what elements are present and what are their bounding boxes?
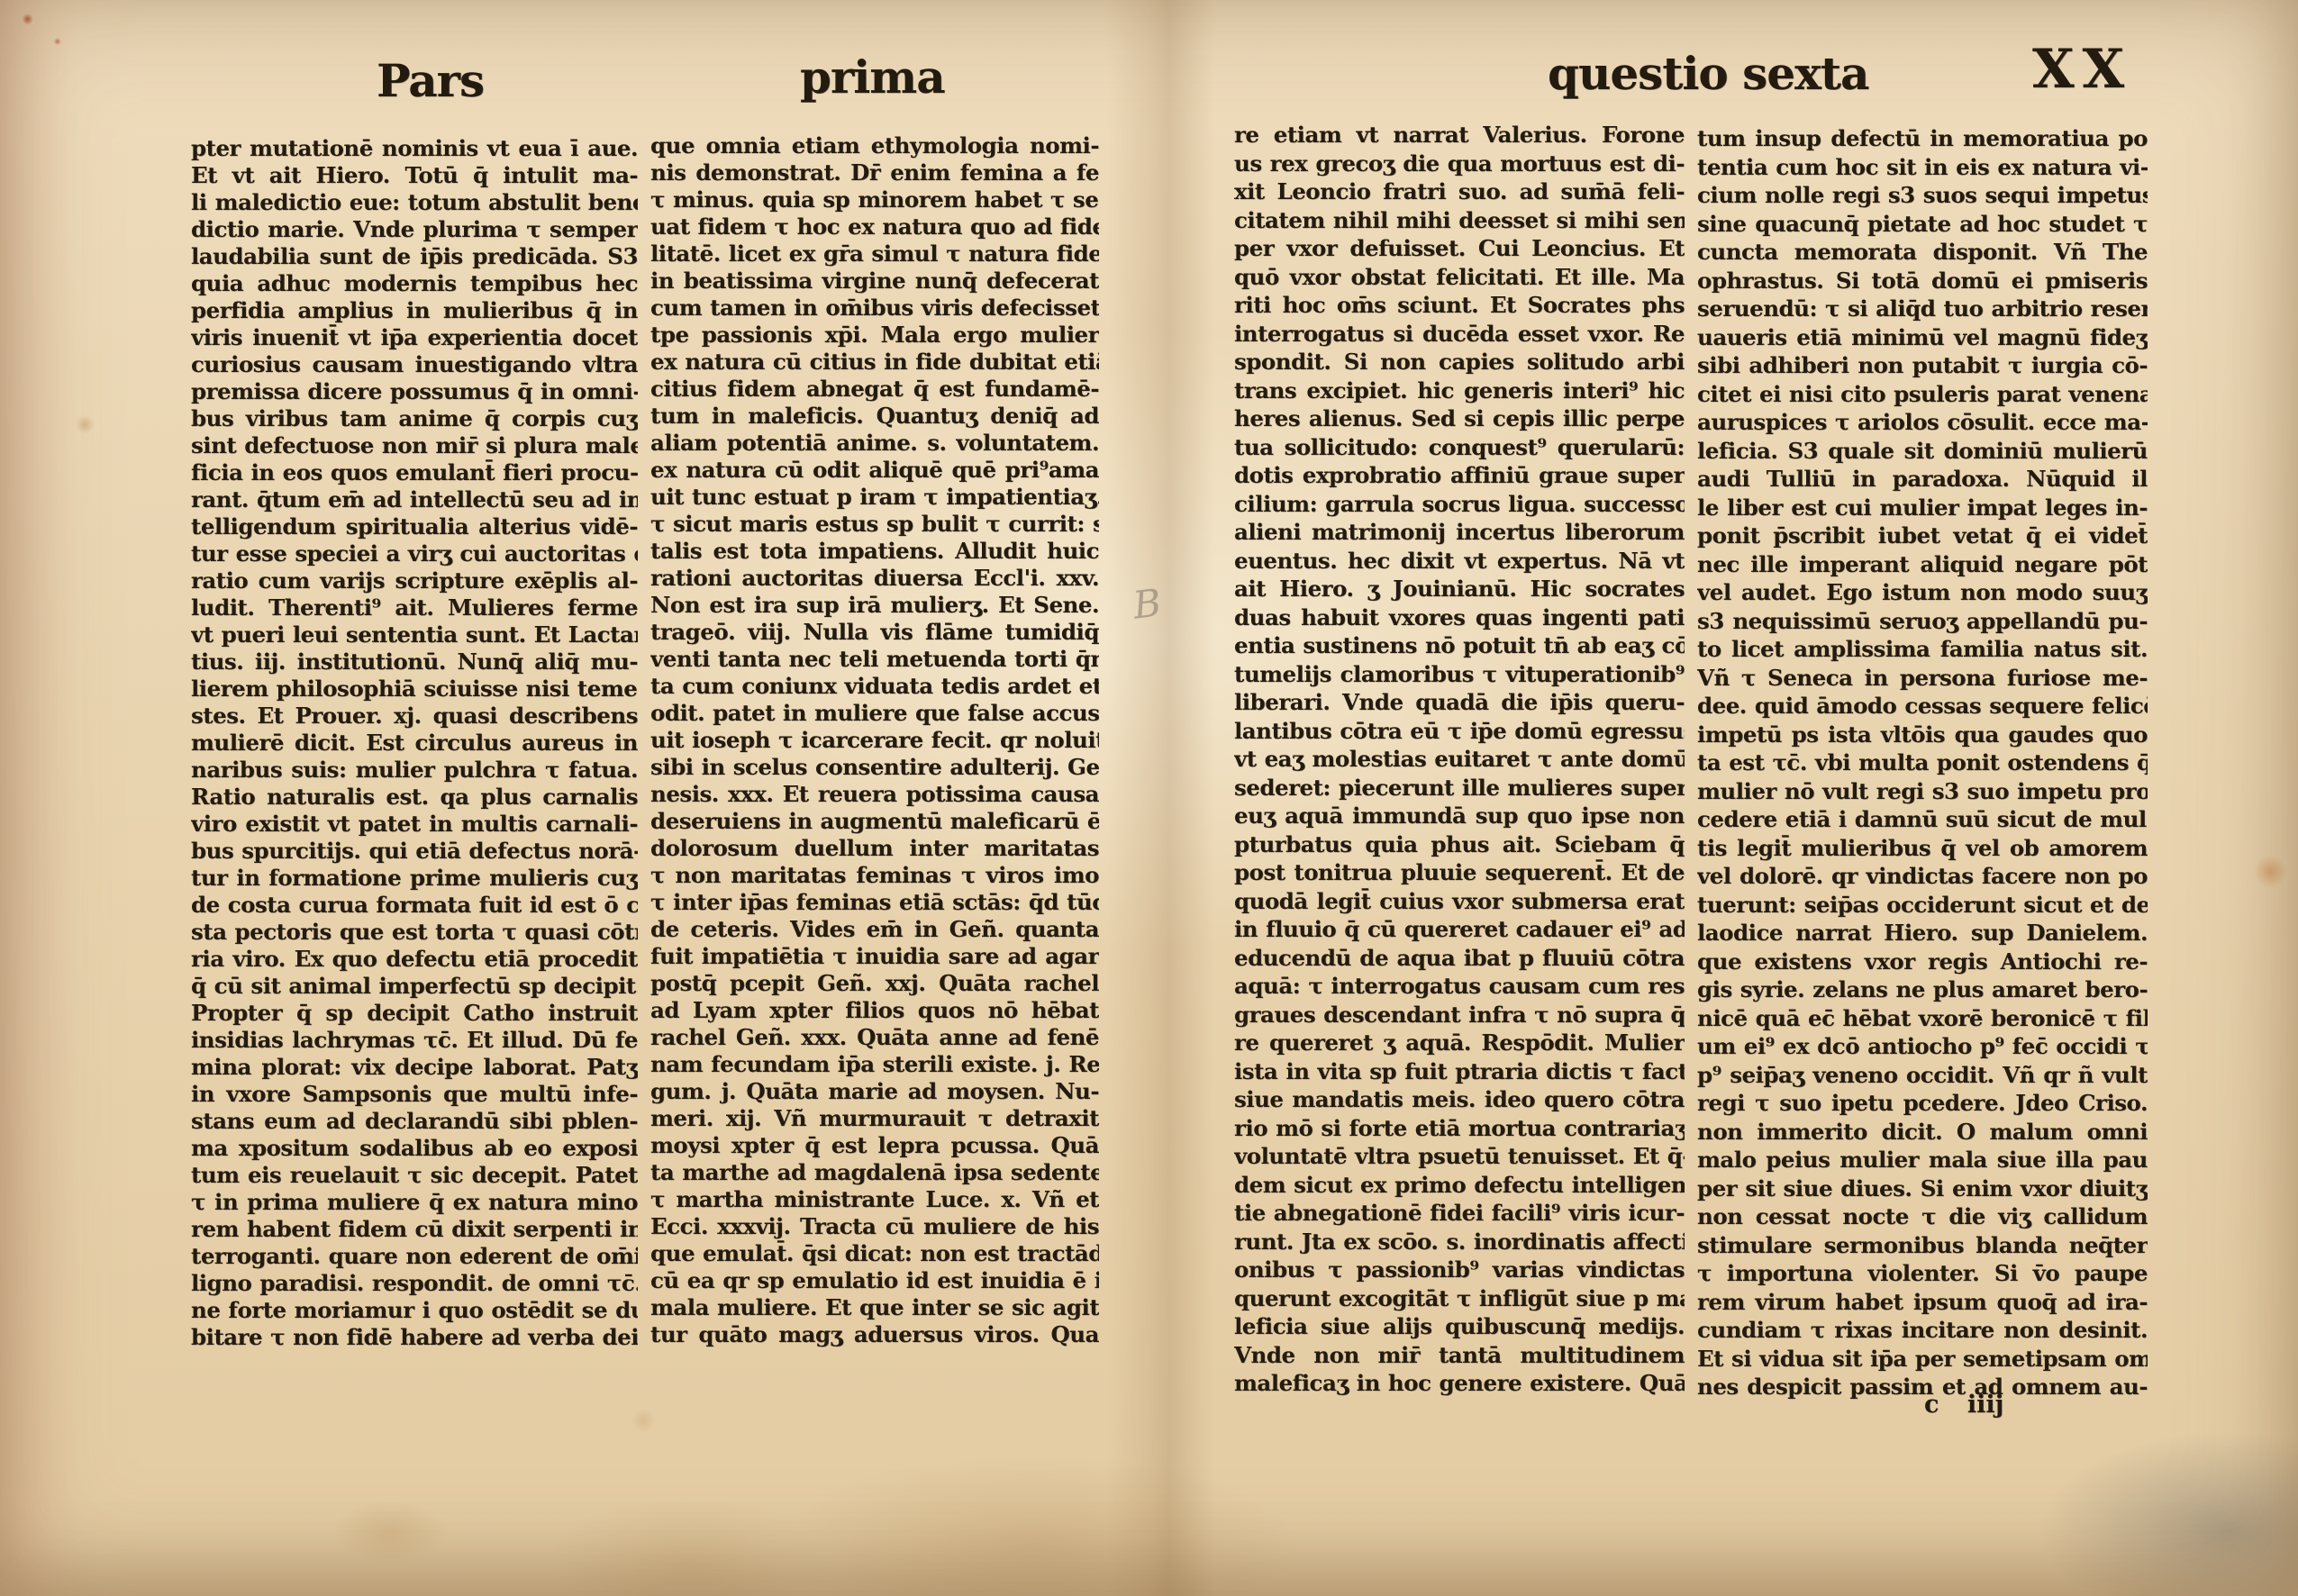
text-line: us rex grecoʒ die qua mortuus est di- [1234, 150, 1685, 178]
text-line: s3 nequissimū seruoʒ appellandū pu- [1697, 607, 2148, 636]
text-line: p⁹ seip̄aʒ veneno occidit. Vñ qr ñ vult [1697, 1061, 2148, 1090]
text-line: ophrastus. Si totā domū ei pmiseris [1697, 267, 2148, 295]
text-line: per sit siue diues. Si enim vxor diuitʒ [1697, 1174, 2148, 1203]
text-line: gis syrie. zelans ne plus amaret bero- [1697, 975, 2148, 1004]
text-line: ad Lyam xpter filios quos nō hēbat [650, 997, 1099, 1024]
text-line: educendū de aqua ibat p fluuiū cōtra [1234, 944, 1685, 973]
text-line: stes. Et Prouer. xj. quasi describens [191, 703, 638, 730]
text-line: stans eum ad declarandū sibi pblen- [191, 1108, 638, 1135]
text-line: xit Leoncio fratri suo. ad sum̄ā feli- [1234, 177, 1685, 206]
text-line: mala muliere. Et que inter se sic agitā- [650, 1294, 1099, 1321]
text-line: interrogatus si ducēda esset vxor. Re [1234, 320, 1685, 349]
text-line: τ inter ip̄as feminas etiā sctās: q̄d tū… [650, 889, 1099, 916]
text-line: citatem nihil mihi deesset si mihi sem [1234, 206, 1685, 235]
text-line: seruendū: τ si aliq̄d tuo arbitrio reser [1697, 295, 2148, 323]
text-line: Et si vidua sit ip̄a per semetipsam om [1697, 1345, 2148, 1374]
text-line: spondit. Si non capies solitudo arbi [1234, 348, 1685, 376]
text-line: auruspices τ ariolos cōsulit. ecce ma- [1697, 408, 2148, 437]
text-line: Ratio naturalis est. qa plus carnalis [191, 784, 638, 811]
folio-number: XX [2032, 38, 2132, 101]
text-line: sibi adhiberi non putabit τ iurgia cō- [1697, 351, 2148, 380]
text-line: sine quacunq̄ pietate ad hoc studet τ [1697, 210, 2148, 239]
text-line: tur in formatione prime mulieris cuʒ [191, 865, 638, 892]
text-line: tua sollicitudo: conquest⁹ querularū: [1234, 433, 1685, 462]
text-line: nec ille imperant aliquid negare pōt [1697, 550, 2148, 579]
text-line: ma xpositum sodalibus ab eo exposi [191, 1135, 638, 1162]
text-line: meri. xij. Vñ murmurauit τ detraxit [650, 1105, 1099, 1132]
text-line: mulierē dicit. Est circulus aureus in [191, 730, 638, 757]
text-line: ta marthe ad magdalenā ipsa sedente [650, 1159, 1099, 1186]
text-line: Propter q̄ sp decipit Catho instruit [191, 1000, 638, 1027]
text-line: tum insup defectū in memoratiua po [1697, 124, 2148, 153]
text-line: ludit. Therenti⁹ ait. Mulieres ferme [191, 594, 638, 621]
text-line: pter mutationē nominis vt eua ī aue. [191, 135, 638, 162]
text-line: in vxore Sampsonis que multū infe- [191, 1081, 638, 1108]
text-line: ligno paradisi. respondit. de omni τc̄. [191, 1270, 638, 1297]
text-line: tpe passionis xp̄i. Mala ergo mulier [650, 322, 1099, 349]
text-line: cium nolle regi s3 suos sequi impetus [1697, 181, 2148, 210]
text-line: cū ea qr sp emulatio id est inuidia ē in [650, 1267, 1099, 1294]
text-line: sibi in scelus consentire adulterij. Ge- [650, 754, 1099, 781]
text-line: in beatissima virgine nunq̄ defecerat [650, 268, 1099, 295]
text-line: ta cum coniunx viduata tedis ardet et [650, 673, 1099, 700]
text-line: τ martha ministrante Luce. x. Vñ et [650, 1186, 1099, 1213]
text-line: Et vt ait Hiero. Totū q̄ intulit ma- [191, 162, 638, 189]
text-line: nesis. xxx. Et reuera potissima causa [650, 781, 1099, 808]
running-header-prima: prima [800, 50, 945, 104]
text-line: que existens vxor regis Antiochi re- [1697, 948, 2148, 976]
text-line: non cessat nocte τ die viʒ callidum [1697, 1202, 2148, 1231]
text-line: viris inuenit̄ vt ip̄a experientia docet [191, 324, 638, 351]
text-line: entia sustinens nō potuit tn̄ ab eaʒ cō [1234, 631, 1685, 660]
text-line: rem virum habet ipsum quoq̄ ad ira- [1697, 1288, 2148, 1317]
text-line: rationi auctoritas diuersa Eccl'i. xxv. [650, 565, 1099, 592]
text-line: onibus τ passionib⁹ varias vindictas [1234, 1256, 1685, 1284]
text-line: τ minus. quia sp minorem habet τ ser [650, 186, 1099, 213]
text-line: uit ioseph τ icarcerare fecit. qr noluit [650, 727, 1099, 754]
text-line: τ importuna violenter. Si v̄o paupe [1697, 1259, 2148, 1288]
text-line: voluntatē vltra psuetū tenuisset. Et q̄- [1234, 1142, 1685, 1171]
text-line: uat fidem τ hoc ex natura quo ad fide [650, 213, 1099, 240]
text-line: stimulare sermonibus blanda neq̄ter [1697, 1231, 2148, 1260]
text-line: dotis exprobratio affiniū graue super [1234, 461, 1685, 490]
text-column-3: re etiam vt narrat Valerius. Foroneus re… [1234, 121, 1685, 1398]
text-line: dem sicut ex primo defectu intelligen [1234, 1171, 1685, 1200]
text-line: ria viro. Ex quo defectu etiā procedit [191, 946, 638, 973]
text-line: odit. patet in muliere que false accusa [650, 700, 1099, 727]
text-line: per vxor defuisset. Cui Leoncius. Et [1234, 234, 1685, 263]
text-line: ratio cum varijs scripture exēplis al- [191, 567, 638, 594]
text-line: bus viribus tam anime q̄ corpis cuʒ [191, 405, 638, 432]
text-line: sint defectuose non mir̄ si plura male [191, 432, 638, 459]
text-line: que emulat̄. q̄si dicat: non est tractād… [650, 1240, 1099, 1267]
text-line: insidias lachrymas τc̄. Et illud. Dū fe [191, 1027, 638, 1054]
text-line: τ in prima muliere q̄ ex natura mino [191, 1189, 638, 1216]
text-column-4: tum insup defectū in memoratiua potentia… [1697, 124, 2148, 1401]
text-line: naribus suis: mulier pulchra τ fatua. [191, 757, 638, 784]
text-line: litatē. licet ex gr̄a simul τ natura fid… [650, 240, 1099, 268]
text-line: dee. quid āmodo cessas sequere felicē [1697, 692, 2148, 721]
text-line: euentus. hec dixit vt expertus. Nā vt [1234, 547, 1685, 576]
text-line: nam fecundam ip̄a sterili existe. j. Re- [650, 1051, 1099, 1078]
text-line: talis est tota impatiens. Alludit huic [650, 538, 1099, 565]
quire-signature: c iiij [1924, 1391, 2003, 1419]
text-line: postq̄ pcepit Geñ. xxj. Quāta rachel [650, 970, 1099, 997]
text-line: leficia. S3 quale sit dominiū mulierū [1697, 437, 2148, 466]
text-line: re etiam vt narrat Valerius. Forone [1234, 121, 1685, 150]
text-line: ne forte moriamur i quo ostēdit se du- [191, 1297, 638, 1324]
text-line: riti hoc om̄s sciunt. Et Socrates phs [1234, 291, 1685, 320]
text-line: terroganti. quare non ederent de om̄i [191, 1243, 638, 1270]
text-line: Ecci. xxxvij. Tracta cū muliere de his [650, 1213, 1099, 1240]
text-line: moysi xpter q̄ est lepra pcussa. Quā [650, 1132, 1099, 1159]
text-line: citius fidem abnegat q̄ est fundamē- [650, 376, 1099, 403]
text-line: q̄ cū sit animal imperfectū sp decipit. [191, 973, 638, 1000]
text-line: tie abnegationē fidei facili⁹ viris icur… [1234, 1199, 1685, 1228]
text-line: vt pueri leui sententia sunt. Et Lactan [191, 621, 638, 648]
text-line: trans excipiet. hic generis interi⁹ hic [1234, 376, 1685, 405]
incunable-book-spread: Pars prima questio sexta XX pter mutatio… [0, 0, 2298, 1596]
text-line: fuit impatiētia τ inuidia sare ad agar [650, 943, 1099, 970]
text-line: gum. j. Quāta marie ad moysen. Nu- [650, 1078, 1099, 1105]
text-line: um ei⁹ ex dcō antiocho p⁹ fec̄ occidi τ [1697, 1032, 2148, 1061]
text-line: nes despicit passim et ad omnem au- [1697, 1373, 2148, 1401]
text-line: aquā: τ interrogatus causam cum res [1234, 972, 1685, 1001]
text-line: querunt excogitāt τ infligūt siue p ma [1234, 1284, 1685, 1313]
text-line: liberari. Vnde quadā die ip̄is queru- [1234, 688, 1685, 717]
text-line: rachel Geñ. xxx. Quāta anne ad fenē [650, 1024, 1099, 1051]
text-line: to licet amplissima familia natus sit. [1697, 635, 2148, 664]
text-line: dolorosum duellum inter maritatas [650, 835, 1099, 862]
text-line: li maledictio eue: totum abstulit bene [191, 189, 638, 216]
text-line: deseruiens in augmentū maleficarū ē [650, 808, 1099, 835]
text-line: vel dolorē. qr vindictas facere non po [1697, 862, 2148, 891]
text-line: telligendum spiritualia alterius vidē- [191, 513, 638, 540]
handwritten-pencil-mark: B [1131, 580, 1164, 627]
text-line: maleficaʒ in hoc genere existere. Quā [1234, 1369, 1685, 1398]
text-line: cuncta memorata disponit. Vñ The [1697, 238, 2148, 267]
text-line: trageō. viij. Nulla vis flāme tumidiq̄ [650, 619, 1099, 646]
text-line: tumelijs clamoribus τ vituperationib⁹ [1234, 660, 1685, 689]
text-line: curiosius causam inuestigando vltra [191, 351, 638, 378]
text-line: nicē quā ec̄ hēbat vxorē beronicē τ fili [1697, 1004, 2148, 1033]
text-line: tentia cum hoc sit in eis ex natura vi- [1697, 153, 2148, 182]
text-line: alieni matrimonij incertus liberorum [1234, 518, 1685, 547]
text-line: mina plorat: vix decipe laborat. Patʒ [191, 1054, 638, 1081]
text-line: regi τ suo ipetu pcedere. Jdeo Criso. [1697, 1089, 2148, 1118]
text-line: tum in maleficis. Quantuʒ deniq̄ ad [650, 403, 1099, 430]
text-line: vt eaʒ molestias euitaret τ ante domū [1234, 745, 1685, 774]
text-line: bus spurcitijs. qui etiā defectus norā- [191, 838, 638, 865]
text-line: ta est τc̄. vbi multa ponit ostendens q̄ [1697, 748, 2148, 777]
running-header-pars: Pars [377, 54, 484, 107]
text-line: viro existit vt patet in multis carnali- [191, 811, 638, 838]
text-line: τ sicut maris estus sp bulit τ currit: s… [650, 511, 1099, 538]
text-line: quia adhuc modernis tempibus hec [191, 270, 638, 297]
text-line: ponit p̄scribit iubet vetat q̄ ei videt̄ [1697, 521, 2148, 550]
text-line: tuerunt: seip̄as occiderunt sicut et de [1697, 891, 2148, 920]
text-line: rio mō si forte etiā mortua contrariaʒ [1234, 1114, 1685, 1143]
text-line: non immerito dicit. O malum omni [1697, 1118, 2148, 1147]
text-line: tur esse speciei a virʒ cui auctoritas e… [191, 540, 638, 567]
text-line: mulier nō vult regi s3 suo impetu pro- [1697, 777, 2148, 806]
text-line: citet ei nisi cito psuleris parat venena [1697, 380, 2148, 409]
text-line: bitare τ non fidē habere ad verba dei: [191, 1324, 638, 1351]
text-line: de ceteris. Vides em̄ in Geñ. quanta [650, 916, 1099, 943]
text-line: ficia in eos quos emulant̄ fieri procu- [191, 459, 638, 486]
text-line: Vñ τ Seneca in persona furiose me- [1697, 664, 2148, 693]
text-line: leficia siue alijs quibuscunq̄ medijs. [1234, 1312, 1685, 1341]
text-line: re quereret ʒ aquā. Respōdit. Mulier [1234, 1029, 1685, 1057]
text-line: Vnde non mir̄ tantā multitudinem [1234, 1341, 1685, 1370]
text-line: euʒ aquā immundā sup quo ipse non [1234, 802, 1685, 830]
text-line: que omnia etiam ethymologia nomi- [650, 132, 1099, 159]
text-line: quodā legit̄ cuius vxor submersa erat [1234, 887, 1685, 916]
text-line: cedere etiā i damnū suū sicut de mul- [1697, 805, 2148, 834]
text-line: lantibus cōtra eū τ ip̄e domū egressus [1234, 717, 1685, 746]
text-line: impetū ps ista vltōis qua gaudes quo [1697, 721, 2148, 749]
text-line: cum tamen in om̄ibus viris defecisset [650, 295, 1099, 322]
text-line: runt. Jta ex scōo. s. inordinatis affect… [1234, 1228, 1685, 1256]
text-line: rem habent fidem cū dixit serpenti in- [191, 1216, 638, 1243]
text-line: uit tunc estuat p iram τ impatientiaʒ. [650, 484, 1099, 511]
text-line: τ non maritatas feminas τ viros imo [650, 862, 1099, 889]
text-line: rant. q̄tum em̄ ad intellectū seu ad in [191, 486, 638, 513]
text-line: cundiam τ rixas incitare non desinit. [1697, 1316, 2148, 1345]
text-line: quō vxor obstat felicitati. Et ille. Ma [1234, 263, 1685, 292]
text-line: ex natura cū odit aliquē quē pri⁹ama [650, 457, 1099, 484]
text-line: nis demonstrat. Dr̄ enim femina a fe [650, 159, 1099, 186]
text-line: ait Hiero. ʒ Jouinianū. Hic socrates [1234, 575, 1685, 603]
text-line: Non est ira sup irā mulierʒ. Et Sene. [650, 592, 1099, 619]
text-line: duas habuit vxores quas ingenti pati [1234, 603, 1685, 632]
text-line: dictio marie. Vnde plurima τ semper [191, 216, 638, 243]
text-line: laudabilia sunt de ip̄is predicāda. S3 [191, 243, 638, 270]
text-line: tius. iij. institutionū. Nunq̄ aliq̄ mu- [191, 648, 638, 676]
text-line: sederet: piecerunt ille mulieres super [1234, 774, 1685, 803]
text-line: premissa dicere possumus q̄ in omni- [191, 378, 638, 405]
text-line: pturbatus quia phus ait. Sciebam q̄ [1234, 830, 1685, 859]
text-column-1: pter mutationē nominis vt eua ī aue.Et v… [191, 135, 638, 1351]
text-line: malo peius mulier mala siue illa pau [1697, 1146, 2148, 1174]
text-line: perfidia amplius in mulieribus q̄ in [191, 297, 638, 324]
running-header-questio-sexta: questio sexta [1548, 47, 1868, 100]
text-line: in fluuio q̄ cū quereret cadauer ei⁹ ad [1234, 915, 1685, 944]
text-line: vel audet. Ego istum non modo suuʒ [1697, 578, 2148, 607]
text-line: tis legit̄ mulieribus q̄ vel ob amorem [1697, 834, 2148, 863]
text-line: uaueris etiā minimū vel magnū fideʒ [1697, 323, 2148, 352]
text-line: le liber est cui mulier impat leges in- [1697, 494, 2148, 522]
text-column-2: que omnia etiam ethymologia nomi-nis dem… [650, 132, 1099, 1348]
text-line: ex natura cū citius in fide dubitat etiā [650, 349, 1099, 376]
text-line: tum eis reuelauit τ sic decepit. Patet [191, 1162, 638, 1189]
text-line: heres alienus. Sed si cepis illic perpe [1234, 404, 1685, 433]
text-line: cilium: garrula socrus ligua. successor [1234, 490, 1685, 519]
text-line: ista in vita sp fuit ptraria dictis τ fa… [1234, 1057, 1685, 1086]
text-line: tur quāto magʒ aduersus viros. Qua [650, 1321, 1099, 1348]
text-line: de costa curua formata fuit id est ō co [191, 892, 638, 919]
text-line: lierem philosophiā sciuisse nisi teme- [191, 676, 638, 703]
text-line: graues descendant infra τ nō supra q̄ [1234, 1001, 1685, 1029]
page-gutter-shadow [1106, 0, 1214, 1596]
text-line: laodice narrat Hiero. sup Danielem. [1697, 919, 2148, 948]
text-line: post tonitrua pluuie sequerent̄. Et de [1234, 858, 1685, 887]
text-line: audi Tulliū in paradoxa. Nūquid il [1697, 465, 2148, 494]
text-line: aliam potentiā anime. s. voluntatem. [650, 430, 1099, 457]
text-line: sta pectoris que est torta τ quasi cōtra [191, 919, 638, 946]
text-line: venti tanta nec teli metuenda torti q̄n [650, 646, 1099, 673]
text-line: siue mandatis meis. ideo quero cōtra [1234, 1085, 1685, 1114]
